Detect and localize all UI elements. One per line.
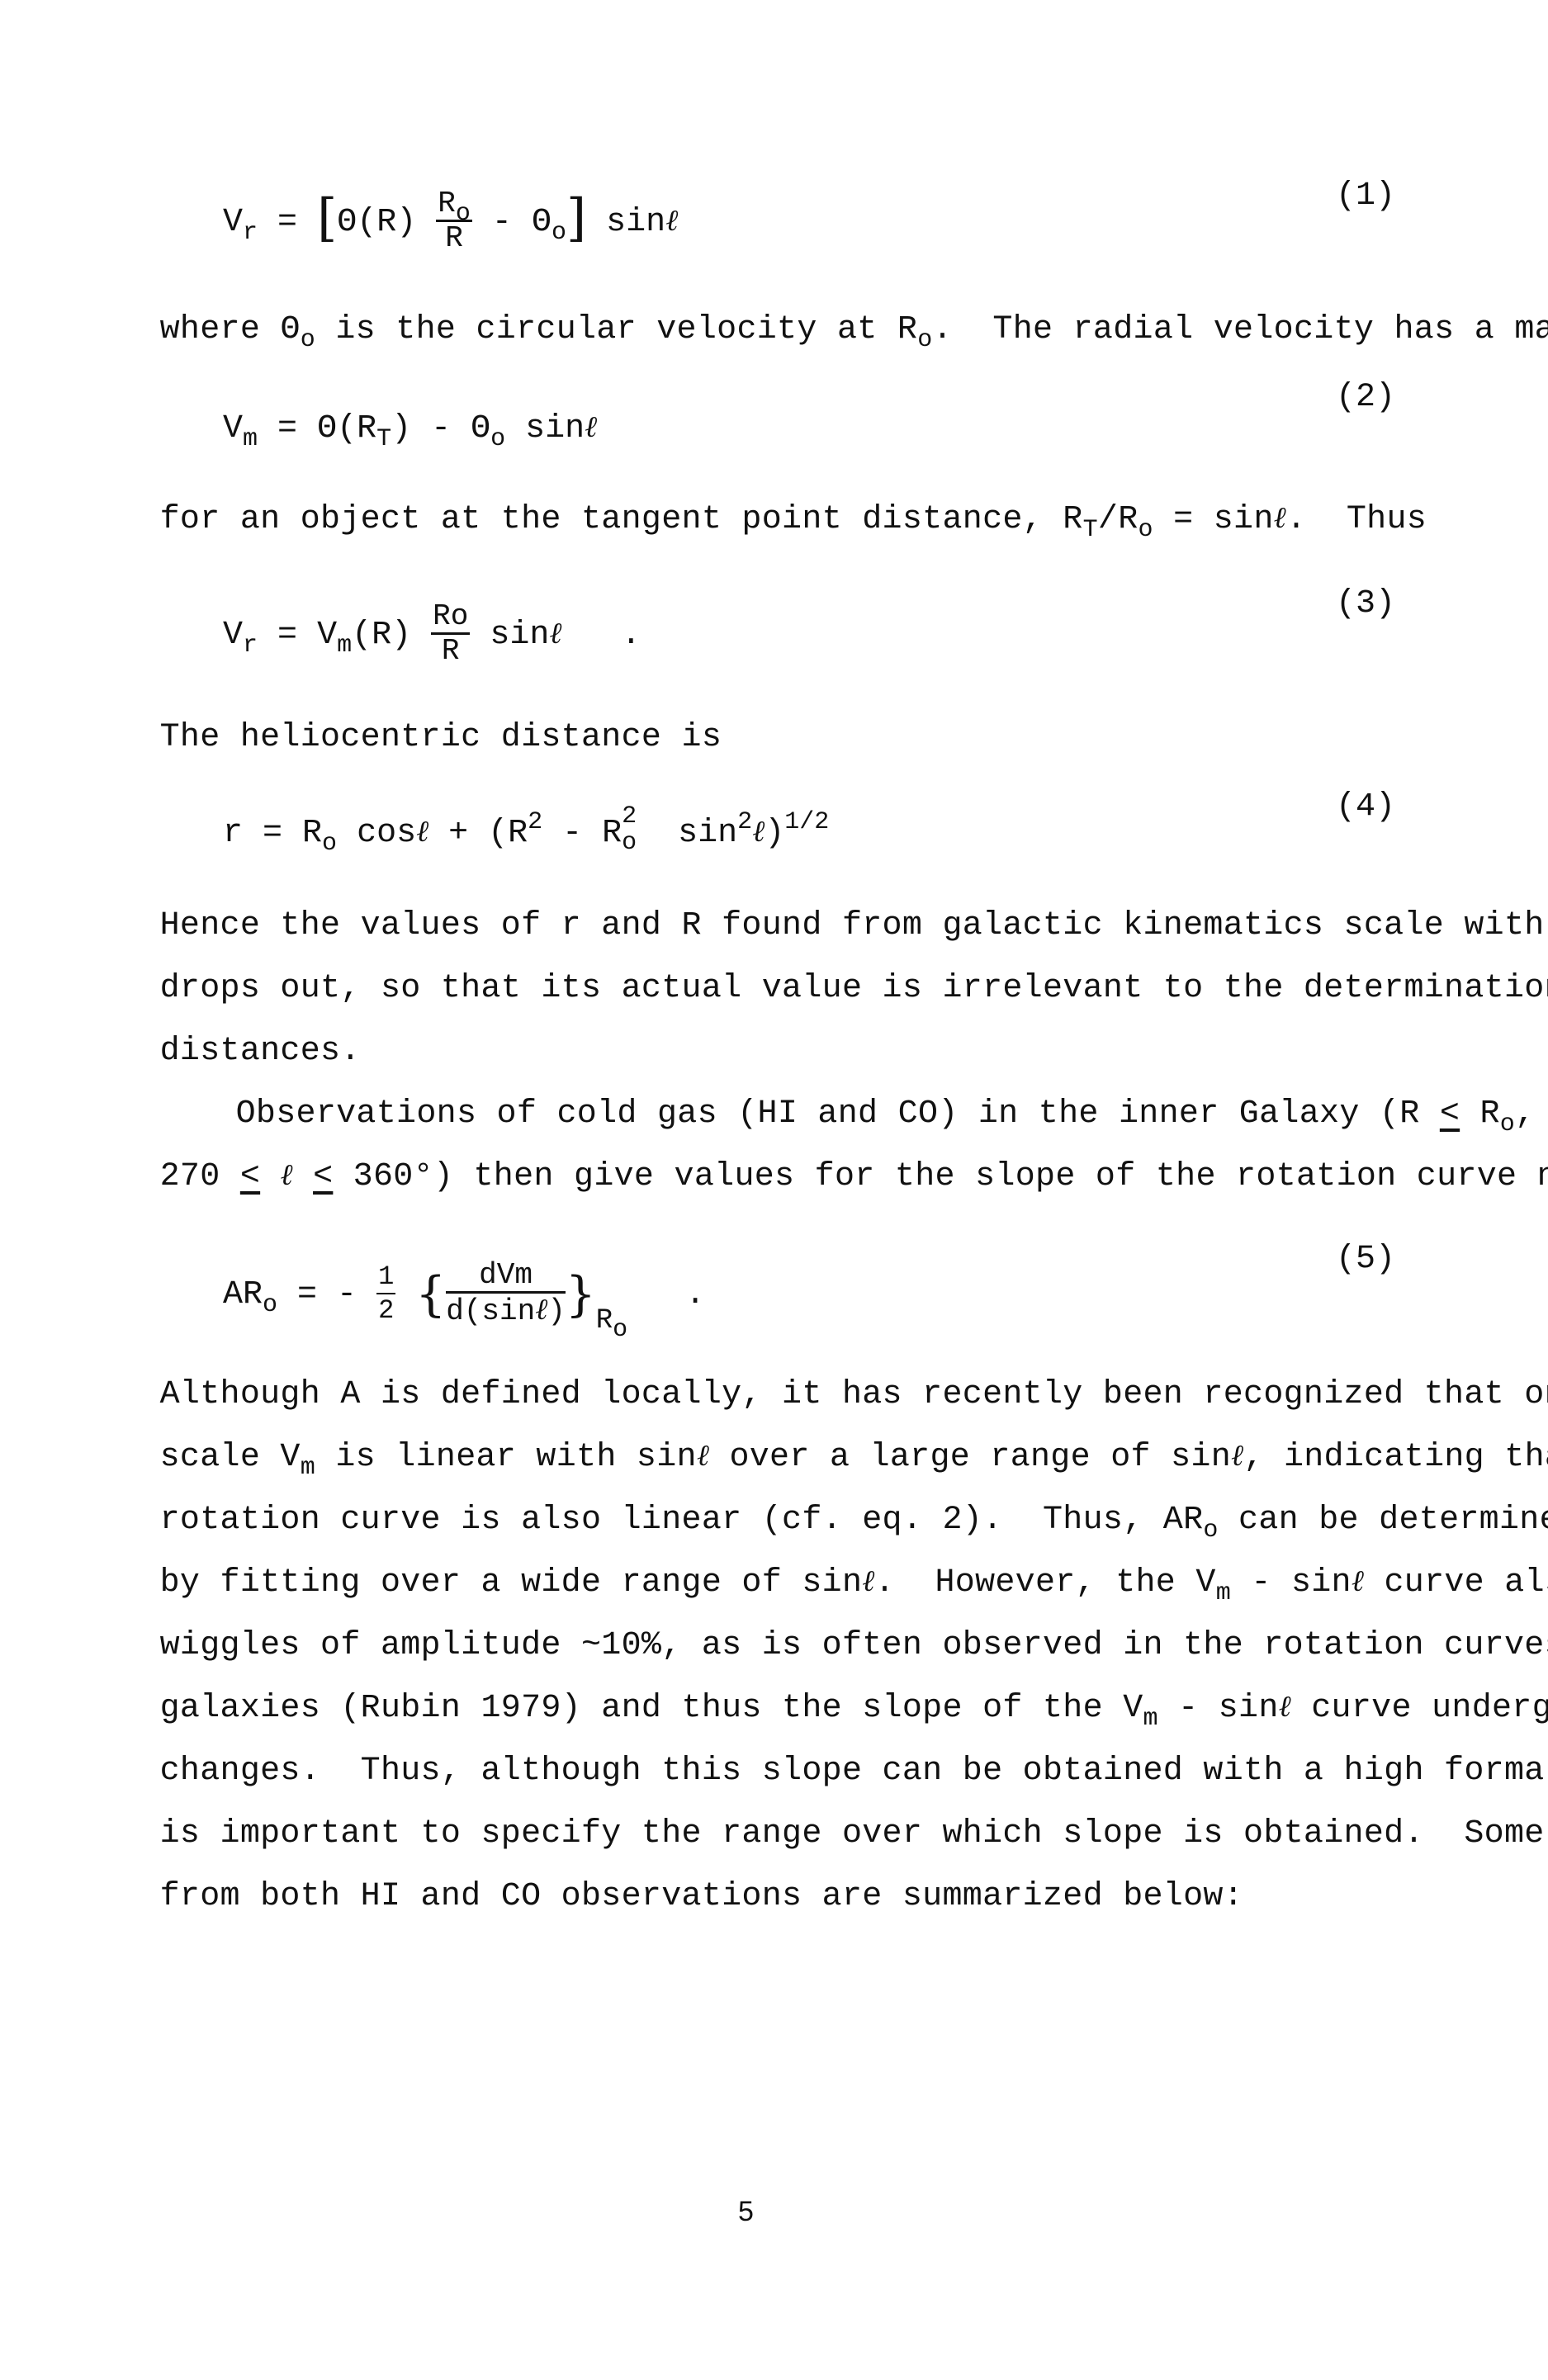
eq5-fraction: dVmd(sinℓ) [446, 1260, 566, 1328]
eq5-period: . [685, 1276, 705, 1313]
eq2-ell: ℓ [585, 410, 597, 444]
eq4-exponent: 1/2 [784, 808, 829, 836]
eq2-lhs-sub: m [243, 425, 258, 453]
eq3-lhs: V [223, 617, 243, 654]
eq5-half-num: 1 [376, 1261, 395, 1294]
equation-4: r = Ro cosℓ + (R2 - R2o sin2ℓ)1/2 [183, 784, 829, 850]
text-line-observations: Observations of cold gas (HI and CO) in … [196, 1065, 1548, 1131]
ell-symbol: ℓ [862, 1564, 874, 1598]
eq3-period: . [561, 617, 641, 654]
eq5-eval-subscript: Ro [596, 1304, 627, 1337]
eq3-vm: V [317, 617, 337, 654]
text-line-galaxies: galaxies (Rubin 1979) and thus the slope… [120, 1659, 1548, 1725]
text-span: = sin [1153, 501, 1274, 538]
eq1-minus: - [472, 204, 532, 241]
eq1-equals: = [258, 204, 317, 241]
eq1-close-bracket: ] [566, 187, 586, 248]
eq5-frac-den: d(sinℓ) [446, 1294, 566, 1328]
eq4-minus: - R [542, 815, 622, 852]
eq1-sin: sin [586, 204, 665, 241]
equation-number-2: (2) [1336, 381, 1395, 414]
eq2-theta-rt: Θ(R [317, 410, 376, 447]
eq3-lhs-sub: r [243, 632, 258, 660]
eq1-fraction: RoR [436, 188, 472, 255]
eq1-lhs: V [223, 204, 243, 241]
eq3-vm-arg: (R) [352, 617, 431, 654]
eq4-r0-scripts: 2o [622, 840, 638, 841]
eq3-sin: sin [470, 617, 549, 654]
eq3-ell: ℓ [549, 617, 561, 651]
eq4-r0-sub: o [622, 830, 637, 855]
eq4-r0-sup: 2 [622, 804, 637, 829]
text-span [260, 1158, 280, 1195]
ell-symbol: ℓ [280, 1158, 292, 1192]
eq2-theta: Θ [471, 410, 490, 447]
subscript: o [301, 326, 315, 354]
text-span: for an object at the tangent point dista… [160, 501, 1083, 538]
eq4-sin: sin [638, 815, 737, 852]
text-span: 270 [160, 1158, 240, 1195]
eq5-half: 12 [376, 1261, 395, 1327]
subscript: T [1083, 516, 1098, 544]
eq5-lhs-sub: o [263, 1291, 277, 1319]
eq5-eval-r: R [596, 1305, 613, 1337]
eq3-equals: = [258, 617, 317, 654]
text-line-important: is important to specify the range over w… [120, 1785, 1548, 1851]
eq4-ell2: ℓ [752, 815, 765, 849]
text-span: from both HI and CO observations are sum… [160, 1878, 1243, 1915]
eq5-close-brace: } [566, 1266, 596, 1322]
text-span: is the circular velocity at R [315, 311, 917, 348]
text-line-although: Although A is defined locally, it has re… [120, 1346, 1548, 1412]
text-line-wiggles: wiggles of amplitude ~10%, as is often o… [120, 1597, 1548, 1663]
equation-number-3: (3) [1336, 588, 1395, 621]
eq4-cos: cos [337, 815, 416, 852]
equation-1: Vr = [Θ(R) RoR - Θo] sinℓ [183, 155, 678, 255]
eq2-rt-close: ) - [391, 410, 471, 447]
eq5-frac-den-text: d(sin [446, 1294, 535, 1328]
eq1-theta-sub: o [552, 219, 566, 247]
less-equal-symbol: < [240, 1158, 260, 1195]
text-line-changes: changes. Thus, although this slope can b… [120, 1722, 1548, 1788]
eq2-sin: sin [505, 410, 585, 447]
text-span: where [160, 311, 281, 348]
less-equal-symbol: < [313, 1158, 333, 1195]
text-line-hence: Hence the values of r and R found from g… [120, 877, 1548, 943]
equation-5: ARo = - 12 {dVmd(sinℓ)}Ro. [183, 1227, 705, 1328]
eq1-frac-num-r: R [438, 187, 456, 220]
text-line-from-both: from both HI and CO observations are sum… [120, 1848, 1243, 1914]
eq4-close: ) [765, 815, 784, 852]
eq3-frac-num: Ro [431, 601, 470, 635]
text-line-fitting: by fitting over a wide range of sinℓ. Ho… [120, 1534, 1548, 1600]
theta-symbol: Θ [280, 311, 300, 348]
eq1-ell: ℓ [665, 204, 678, 238]
eq1-open-bracket: [ [317, 187, 337, 248]
eq5-eval-sub: o [613, 1316, 627, 1344]
eq2-lhs: V [223, 410, 243, 447]
text-span: drops out, so that its actual value is i… [160, 970, 1548, 1007]
eq2-theta-sub: o [490, 425, 505, 453]
equation-number-5: (5) [1336, 1243, 1395, 1276]
text-line-heliocentric: The heliocentric distance is [120, 688, 722, 755]
ell-symbol: ℓ [1352, 1564, 1364, 1598]
eq4-plus: + (R [428, 815, 528, 852]
text-line-distances: distances. [120, 1002, 361, 1068]
equation-3: Vr = Vm(R) RoR sinℓ . [183, 568, 641, 668]
text-span: /R [1098, 501, 1139, 538]
eq4-ell: ℓ [416, 815, 428, 849]
ell-symbol: ℓ [1231, 1439, 1243, 1473]
eq5-frac-num: dVm [446, 1260, 566, 1294]
eq1-lhs-sub: r [243, 219, 258, 247]
text-line-for-an-object: for an object at the tangent point dista… [120, 471, 1427, 537]
text-line-drops: drops out, so that its actual value is i… [120, 939, 1548, 1005]
subscript: o [917, 326, 932, 354]
text-span: 360°) then give values for the slope of … [333, 1158, 1548, 1195]
page-number: 5 [738, 2196, 754, 2228]
eq4-square: 2 [528, 808, 542, 836]
text-line-where: where Θo is the circular velocity at Ro.… [120, 281, 1548, 347]
text-span [293, 1158, 313, 1195]
text-span: . Thus [1286, 501, 1427, 538]
eq4-sin-sup: 2 [737, 808, 752, 836]
eq2-equals: = [258, 410, 317, 447]
text-line-270: 270 < ℓ < 360°) then give values for the… [120, 1128, 1548, 1194]
eq4-lhs-sub: o [322, 830, 337, 858]
eq1-theta-r: Θ(R) [337, 204, 436, 241]
eq5-lhs: AR [223, 1276, 263, 1313]
eq3-fraction: RoR [431, 601, 470, 668]
eq2-rt-sub: T [376, 425, 391, 453]
equation-number-1: (1) [1336, 180, 1395, 213]
eq3-frac-den: R [431, 635, 470, 668]
text-line-rotation: rotation curve is also linear (cf. eq. 2… [120, 1471, 1548, 1537]
eq5-equals: = - [277, 1276, 376, 1313]
ell-symbol: ℓ [697, 1439, 709, 1473]
eq1-frac-num: Ro [436, 188, 472, 222]
equation-2: Vm = Θ(RT) - Θo sinℓ [183, 380, 597, 446]
eq5-open-brace: { [415, 1266, 446, 1322]
eq3-vm-sub: m [337, 632, 352, 660]
eq4-lhs: r = R [223, 815, 322, 852]
text-span: The heliocentric distance is [160, 719, 722, 756]
eq5-half-den: 2 [376, 1294, 395, 1327]
eq5-frac-den-close: ) [547, 1294, 566, 1328]
ell-symbol: ℓ [1274, 501, 1286, 535]
ell-symbol: ℓ [1279, 1690, 1291, 1724]
equation-number-4: (4) [1336, 791, 1395, 824]
subscript: o [1139, 516, 1153, 544]
text-line-scale: scale Vm is linear with sinℓ over a larg… [120, 1408, 1548, 1474]
eq1-theta: Θ [532, 204, 552, 241]
text-span: . The radial velocity has a maximum valu… [933, 311, 1548, 348]
eq5-ell: ℓ [535, 1293, 547, 1327]
